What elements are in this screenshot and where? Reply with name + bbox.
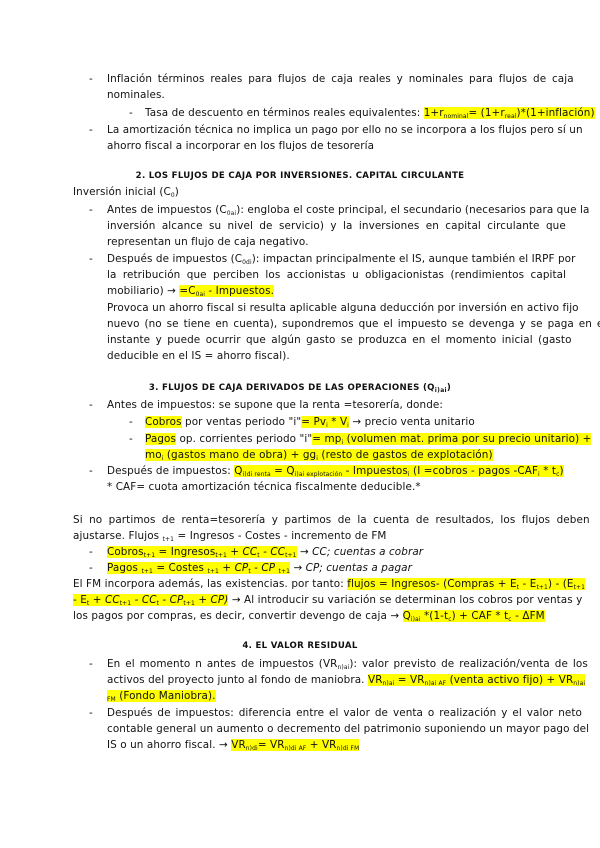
text: * t: [540, 465, 556, 477]
text: VR: [231, 739, 246, 751]
section-heading: 3. FLUJOS DE CAJA DERIVADOS DE LAS OPERA…: [0, 382, 600, 395]
fm-line-3: los pagos por compras, es decir, convert…: [73, 610, 545, 623]
highlighted-formula: = Pvi * Vi: [301, 416, 349, 428]
highlighted-formula: Qi)ai *(1-tc) + CAF * tc - ΔFM: [403, 610, 545, 622]
vr-di-line: IS o un ahorro fiscal. → VRn)di= VRn)di …: [107, 739, 359, 752]
text: mobiliario) →: [107, 285, 179, 297]
text: = Q: [271, 465, 295, 477]
text: → CC; cuentas a cobrar: [297, 546, 424, 558]
text: = VR: [394, 674, 424, 686]
bullet-dash: -: [129, 107, 133, 119]
bullet-dash: -: [89, 465, 93, 477]
highlighted-formula: 1+rnominal= (1+rreal)*(1+inflación): [424, 107, 595, 119]
text-line: la retribución que perciben los accionis…: [107, 269, 566, 282]
highlighted-term: Pagos: [145, 433, 176, 445]
subscript: 0ai: [196, 291, 205, 298]
pagos2-line: Pagos t+1 = Costes t+1 + CPt - CP t+1 → …: [107, 562, 412, 575]
text: → CP; cuentas a pagar: [290, 562, 412, 574]
subscript: nominal: [444, 113, 469, 120]
bullet-dash: -: [89, 253, 93, 265]
text-line: La amortización técnica no implica un pa…: [107, 124, 583, 137]
text-line: inversión alcance su nivel de servicio) …: [107, 220, 566, 233]
text: → Al introducir su variación se determin…: [228, 594, 582, 606]
text-line: deducible en el IS = ahorro fiscal).: [107, 350, 290, 363]
subscript: i)ai explotación: [295, 471, 343, 478]
text: El FM incorpora además, las existencias.…: [73, 578, 347, 590]
subscript: t+1: [183, 600, 195, 607]
bullet-dash: -: [129, 433, 133, 445]
text: ajustarse. Flujos: [73, 530, 163, 542]
document-page: - Inflación términos reales para flujos …: [0, 0, 600, 848]
text-line: representan un flujo de caja negativo.: [107, 236, 309, 249]
text: Q: [403, 610, 411, 622]
text-line: Después de impuestos (C0di): impactan pr…: [107, 253, 576, 266]
text: - E: [519, 578, 536, 590]
bullet-dash: -: [89, 658, 93, 670]
text: IS o un ahorro fiscal. →: [107, 739, 231, 751]
subscript: n)ai: [573, 680, 585, 687]
text: = (1+r: [468, 107, 504, 119]
text: (Fondo Maniobra).: [116, 690, 216, 702]
text: En el momento n antes de impuestos (VR: [107, 658, 338, 670]
text: - ΔFM: [512, 610, 545, 622]
text-line: ajustarse. Flujos t+1 = Ingresos - Coste…: [73, 530, 386, 543]
subscript: n)di: [246, 745, 258, 752]
bullet-dash: -: [89, 204, 93, 216]
subscript: t+1: [215, 552, 227, 559]
subscript: 0ai: [227, 210, 236, 217]
text: los pagos por compras, es decir, convert…: [73, 610, 403, 622]
subscript: t+1: [163, 536, 175, 543]
subscript: n)ai: [383, 680, 395, 687]
bullet-dash: -: [89, 399, 93, 411]
subscript: n)di FM: [337, 745, 360, 752]
text: = VR: [258, 739, 285, 751]
text: mo: [145, 449, 162, 461]
text: flujos = Ingresos- (Compras + E: [347, 578, 516, 590]
text: (resto de gastos de explotación): [318, 449, 493, 461]
text: Después de impuestos:: [107, 465, 234, 477]
caf-note: * CAF= cuota amortización técnica fiscal…: [107, 481, 421, 494]
text: Q: [234, 465, 242, 477]
subscript: t+1: [144, 552, 156, 559]
text: + CP): [195, 594, 229, 606]
text-line: mobiliario) → =C0ai - Impuestos.: [107, 285, 274, 298]
subscript: n)ai: [338, 664, 350, 671]
subscript: i)ai: [411, 616, 421, 623]
text-line: Provoca un ahorro fiscal si resulta apli…: [107, 302, 579, 315]
text: = Ingresos - Costes - incremento de FM: [174, 530, 386, 542]
text: - CC: [260, 546, 285, 558]
text: ): engloba el coste principal, el secund…: [236, 204, 589, 216]
text: Inversión inicial (C: [73, 186, 171, 198]
text: - CP: [251, 562, 279, 574]
text: ) + CAF * t: [452, 610, 509, 622]
text: )*(1+inflación): [517, 107, 595, 119]
highlighted-formula: Cobrost+1 = Ingresost+1 + CCt - CCt+1: [107, 546, 297, 558]
bullet-dash: -: [89, 124, 93, 136]
text: (venta activo fijo) + VR: [446, 674, 573, 686]
bullet-dash: -: [129, 416, 133, 428]
highlighted-formula: Qi)di renta = Qi)ai explotación - Impues…: [234, 465, 563, 477]
cobros2-line: Cobrost+1 = Ingresost+1 + CCt - CCt+1 → …: [107, 546, 423, 559]
highlighted-formula: - Et + CCt+1 - CCt - CPt+1 + CP): [73, 594, 228, 606]
text: Después de impuestos (C: [107, 253, 242, 265]
highlighted-formula: Pagos t+1 = Costes t+1 + CPt - CP t+1: [107, 562, 290, 574]
fm-line-2: - Et + CCt+1 - CCt - CPt+1 + CP) → Al in…: [73, 594, 582, 607]
text: =C: [179, 285, 195, 297]
text: (I =cobros - pagos -CAF: [410, 465, 538, 477]
subscript: t+1: [285, 552, 297, 559]
text: * V: [328, 416, 347, 428]
subscript: t+1: [574, 584, 586, 591]
text: = mp: [312, 433, 341, 445]
text-line: ahorro fiscal a incorporar en los flujos…: [107, 140, 374, 153]
text: ): [175, 186, 179, 198]
text: Cobros: [107, 546, 144, 558]
text: → precio venta unitario: [349, 416, 475, 428]
subscript: t+1: [120, 600, 132, 607]
pagos-line: Pagos op. corrientes periodo "i"= mpi (v…: [145, 433, 591, 446]
intro-line: Inversión inicial (C0): [73, 186, 179, 199]
text: ): valor previsto de realización/venta d…: [349, 658, 587, 670]
text-line: Después de impuestos: diferencia entre e…: [107, 707, 582, 720]
subscript: n)di AF: [285, 745, 307, 752]
subscript: real: [505, 113, 517, 120]
despues-line: Después de impuestos: Qi)di renta = Qi)a…: [107, 465, 564, 478]
text-line: contable general un aumento o decremento…: [107, 723, 589, 736]
text: - CP: [159, 594, 183, 606]
text: ) - (E: [548, 578, 574, 590]
text-line: instante y puede ocurrir que algún gasto…: [107, 334, 572, 347]
bullet-dash: -: [89, 707, 93, 719]
subscript: t+1: [536, 584, 548, 591]
text: - CC: [131, 594, 156, 606]
subscript: i)di renta: [243, 471, 271, 478]
highlighted-formula: =C0ai - Impuestos.: [179, 285, 274, 297]
subscript: 0di: [242, 259, 252, 266]
subscript: n)ai AF: [425, 680, 447, 687]
text-line: Antes de impuestos (C0ai): engloba el co…: [107, 204, 589, 217]
subscript: t+1: [141, 568, 153, 575]
text: 3. FLUJOS DE CAJA DERIVADOS DE LAS OPERA…: [149, 383, 435, 393]
highlighted-formula: FM (Fondo Maniobra).: [107, 690, 216, 702]
text: = Ingresos: [155, 546, 215, 558]
subscript: t+1: [279, 568, 291, 575]
text: + CP: [219, 562, 248, 574]
cobros-line: Cobros por ventas periodo "i"= Pvi * Vi …: [145, 416, 475, 429]
text: - Impuestos: [342, 465, 408, 477]
highlighted-term: Cobros: [145, 416, 182, 428]
text-line: Antes de impuestos: se supone que la ren…: [107, 399, 443, 412]
highlighted-formula: moi (gastos mano de obra) + ggi (resto d…: [145, 449, 493, 461]
bullet-dash: -: [89, 546, 93, 558]
text: (volumen mat. prima por su precio unitar…: [343, 433, 591, 445]
text: ): impactan principalmente el IS, aunque…: [252, 253, 576, 265]
text: op. corrientes periodo "i": [176, 433, 312, 445]
bullet-dash: -: [89, 73, 93, 85]
highlighted-formula: VRn)ai = VRn)ai AF (venta activo fijo) +…: [368, 674, 585, 686]
text: ): [447, 383, 451, 393]
vr-line-2: activos del proyecto junto al fondo de m…: [107, 674, 585, 687]
section-heading: 2. LOS FLUJOS DE CAJA POR INVERSIONES. C…: [0, 170, 600, 183]
tasa-line: Tasa de descuento en términos reales equ…: [145, 107, 595, 120]
section-heading: 4. EL VALOR RESIDUAL: [0, 640, 600, 653]
text: por ventas periodo "i": [182, 416, 302, 428]
text: - E: [73, 594, 87, 606]
text-line: nuevo (no se tiene en cuenta), supondrem…: [107, 318, 600, 331]
vr-line-3: FM (Fondo Maniobra).: [107, 690, 216, 703]
highlighted-formula: VRn)di= VRn)di AF + VRn)di FM: [231, 739, 359, 751]
text-line: Si no partimos de renta=tesorería y part…: [73, 514, 590, 527]
text: 1+r: [424, 107, 444, 119]
subscript: FM: [107, 696, 116, 703]
text: + CC: [227, 546, 257, 558]
text: VR: [368, 674, 383, 686]
text: = Costes: [153, 562, 208, 574]
text-line: nominales.: [107, 89, 165, 102]
text: Antes de impuestos (C: [107, 204, 227, 216]
subscript: i)ai: [435, 387, 447, 394]
bullet-dash: -: [89, 562, 93, 574]
text: = Pv: [301, 416, 326, 428]
highlighted-formula: = mpi (volumen mat. prima por su precio …: [312, 433, 591, 445]
text: Pagos: [107, 562, 141, 574]
text-line: En el momento n antes de impuestos (VRn)…: [107, 658, 588, 671]
fm-line-1: El FM incorpora además, las existencias.…: [73, 578, 585, 591]
text: (gastos mano de obra) + gg: [163, 449, 316, 461]
text: + CC: [89, 594, 119, 606]
pagos-line-2: moi (gastos mano de obra) + ggi (resto d…: [145, 449, 493, 462]
subscript: t+1: [207, 568, 219, 575]
text: ): [560, 465, 564, 477]
text: + VR: [306, 739, 336, 751]
text: - Impuestos.: [205, 285, 274, 297]
text-line: Inflación términos reales para flujos de…: [107, 73, 574, 86]
highlighted-formula: flujos = Ingresos- (Compras + Et - Et+1)…: [347, 578, 585, 590]
text: *(1-t: [421, 610, 449, 622]
text: Tasa de descuento en términos reales equ…: [145, 107, 424, 119]
text: activos del proyecto junto al fondo de m…: [107, 674, 368, 686]
